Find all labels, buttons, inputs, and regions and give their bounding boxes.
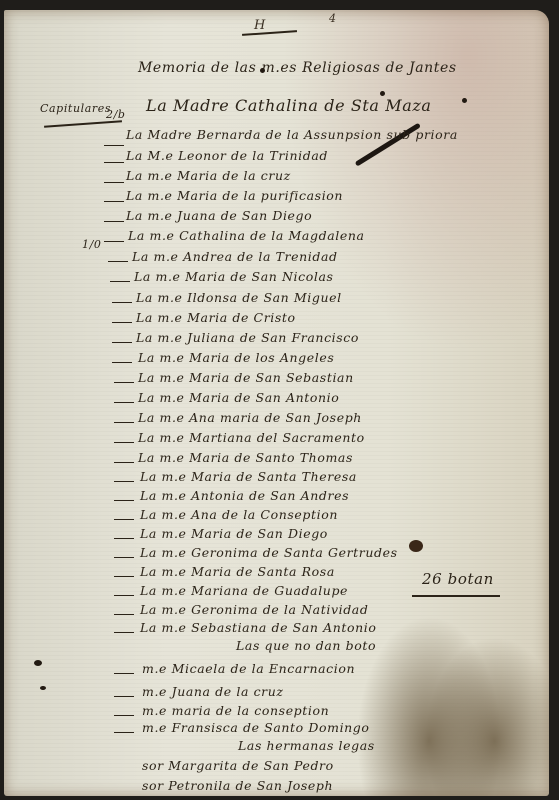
list-item: La m.e Mariana de Guadalupe (140, 583, 348, 598)
list-dash (104, 241, 124, 242)
list-item: La m.e Andrea de la Trenidad (132, 249, 338, 264)
margin-note-underline (44, 120, 122, 127)
lay-sisters-heading: Las hermanas legas (238, 738, 375, 753)
list-item: La m.e Maria de la purificasion (126, 188, 343, 203)
ink-dot (260, 68, 265, 73)
list-dash (114, 696, 134, 697)
list-dash (114, 500, 134, 501)
non-voting-heading: Las que no dan boto (236, 638, 376, 653)
list-item: La m.e Maria de Santa Theresa (140, 469, 357, 484)
list-dash (114, 462, 134, 463)
list-dash (114, 422, 134, 423)
list-dash (114, 382, 134, 383)
list-dash (114, 595, 134, 596)
margin-small-fraction: 1/0 (82, 238, 102, 251)
list-item: La m.e Ana maria de San Joseph (138, 410, 362, 425)
folio-mark: H (254, 18, 265, 33)
list-dash (112, 362, 132, 363)
list-item: m.e Juana de la cruz (142, 684, 284, 699)
list-item: La m.e Geronima de Santa Gertrudes (140, 545, 398, 560)
list-item: La m.e Juana de San Diego (126, 208, 312, 223)
list-dash (114, 614, 134, 615)
ink-spot (34, 660, 42, 666)
list-dash (108, 261, 128, 262)
manuscript-page: H 4 Memoria de las m.es Religiosas de Ja… (4, 10, 549, 796)
list-item: La m.e Maria de San Diego (140, 526, 328, 541)
list-dash (114, 481, 134, 482)
list-dash (104, 201, 124, 202)
list-item: La m.e Maria de Santo Thomas (138, 450, 353, 465)
document-title: Memoria de las m.es Religiosas de Jantes (138, 60, 457, 76)
list-dash (110, 281, 130, 282)
list-item: La m.e Martiana del Sacramento (138, 430, 365, 445)
list-item: m.e maria de la conseption (142, 703, 329, 718)
list-item: La m.e Maria de Santa Rosa (140, 564, 335, 579)
margin-note-capitulares: Capitulares (40, 102, 111, 115)
list-item: m.e Fransisca de Santo Domingo (142, 720, 370, 735)
list-item: La m.e Juliana de San Francisco (136, 330, 359, 345)
vote-count: 26 botan (422, 570, 494, 588)
list-dash (114, 402, 134, 403)
ink-dot (380, 91, 385, 96)
list-dash (114, 673, 134, 674)
page-number: 4 (329, 12, 336, 25)
list-dash (114, 576, 134, 577)
list-item: La M.e Leonor de la Trinidad (126, 148, 328, 163)
list-dash (114, 519, 134, 520)
list-item: La m.e Ildonsa de San Miguel (136, 290, 342, 305)
list-item: La m.e Maria de los Angeles (138, 350, 334, 365)
list-item: sor Margarita de San Pedro (142, 758, 334, 773)
ink-spot (40, 686, 46, 690)
margin-fraction: 2/b (106, 108, 126, 121)
list-dash (114, 538, 134, 539)
list-item: La m.e Maria de Cristo (136, 310, 296, 325)
list-dash (114, 715, 134, 716)
list-item: La m.e Maria de San Sebastian (138, 370, 354, 385)
list-item: La m.e Geronima de la Natividad (140, 602, 368, 617)
list-dash (104, 162, 124, 163)
abbess-name: La Madre Cathalina de Sta Maza (146, 96, 432, 115)
list-item: La m.e Ana de la Conseption (140, 507, 338, 522)
list-dash (112, 302, 132, 303)
list-item: sor Petronila de San Joseph (142, 778, 333, 793)
list-dash (114, 557, 134, 558)
list-item: La m.e Maria de San Antonio (138, 390, 339, 405)
list-dash (112, 322, 132, 323)
list-item: La Madre Bernarda de la Assunpsion sub p… (126, 127, 458, 142)
list-item: La m.e Antonia de San Andres (140, 488, 349, 503)
list-item: La m.e Sebastiana de San Antonio (140, 620, 377, 635)
list-dash (104, 182, 124, 183)
list-dash (104, 221, 124, 222)
ink-dot (462, 98, 467, 103)
list-item: La m.e Maria de San Nicolas (134, 269, 334, 284)
list-dash (114, 632, 134, 633)
vote-count-underline (412, 595, 500, 597)
list-item: La m.e Maria de la cruz (126, 168, 291, 183)
list-dash (114, 442, 134, 443)
list-item: m.e Micaela de la Encarnacion (142, 661, 355, 676)
list-dash (112, 342, 132, 343)
list-dash (114, 732, 134, 733)
folio-underline (242, 30, 297, 35)
ink-blot (409, 540, 423, 552)
list-item: La m.e Cathalina de la Magdalena (128, 228, 365, 243)
list-dash (104, 145, 124, 146)
